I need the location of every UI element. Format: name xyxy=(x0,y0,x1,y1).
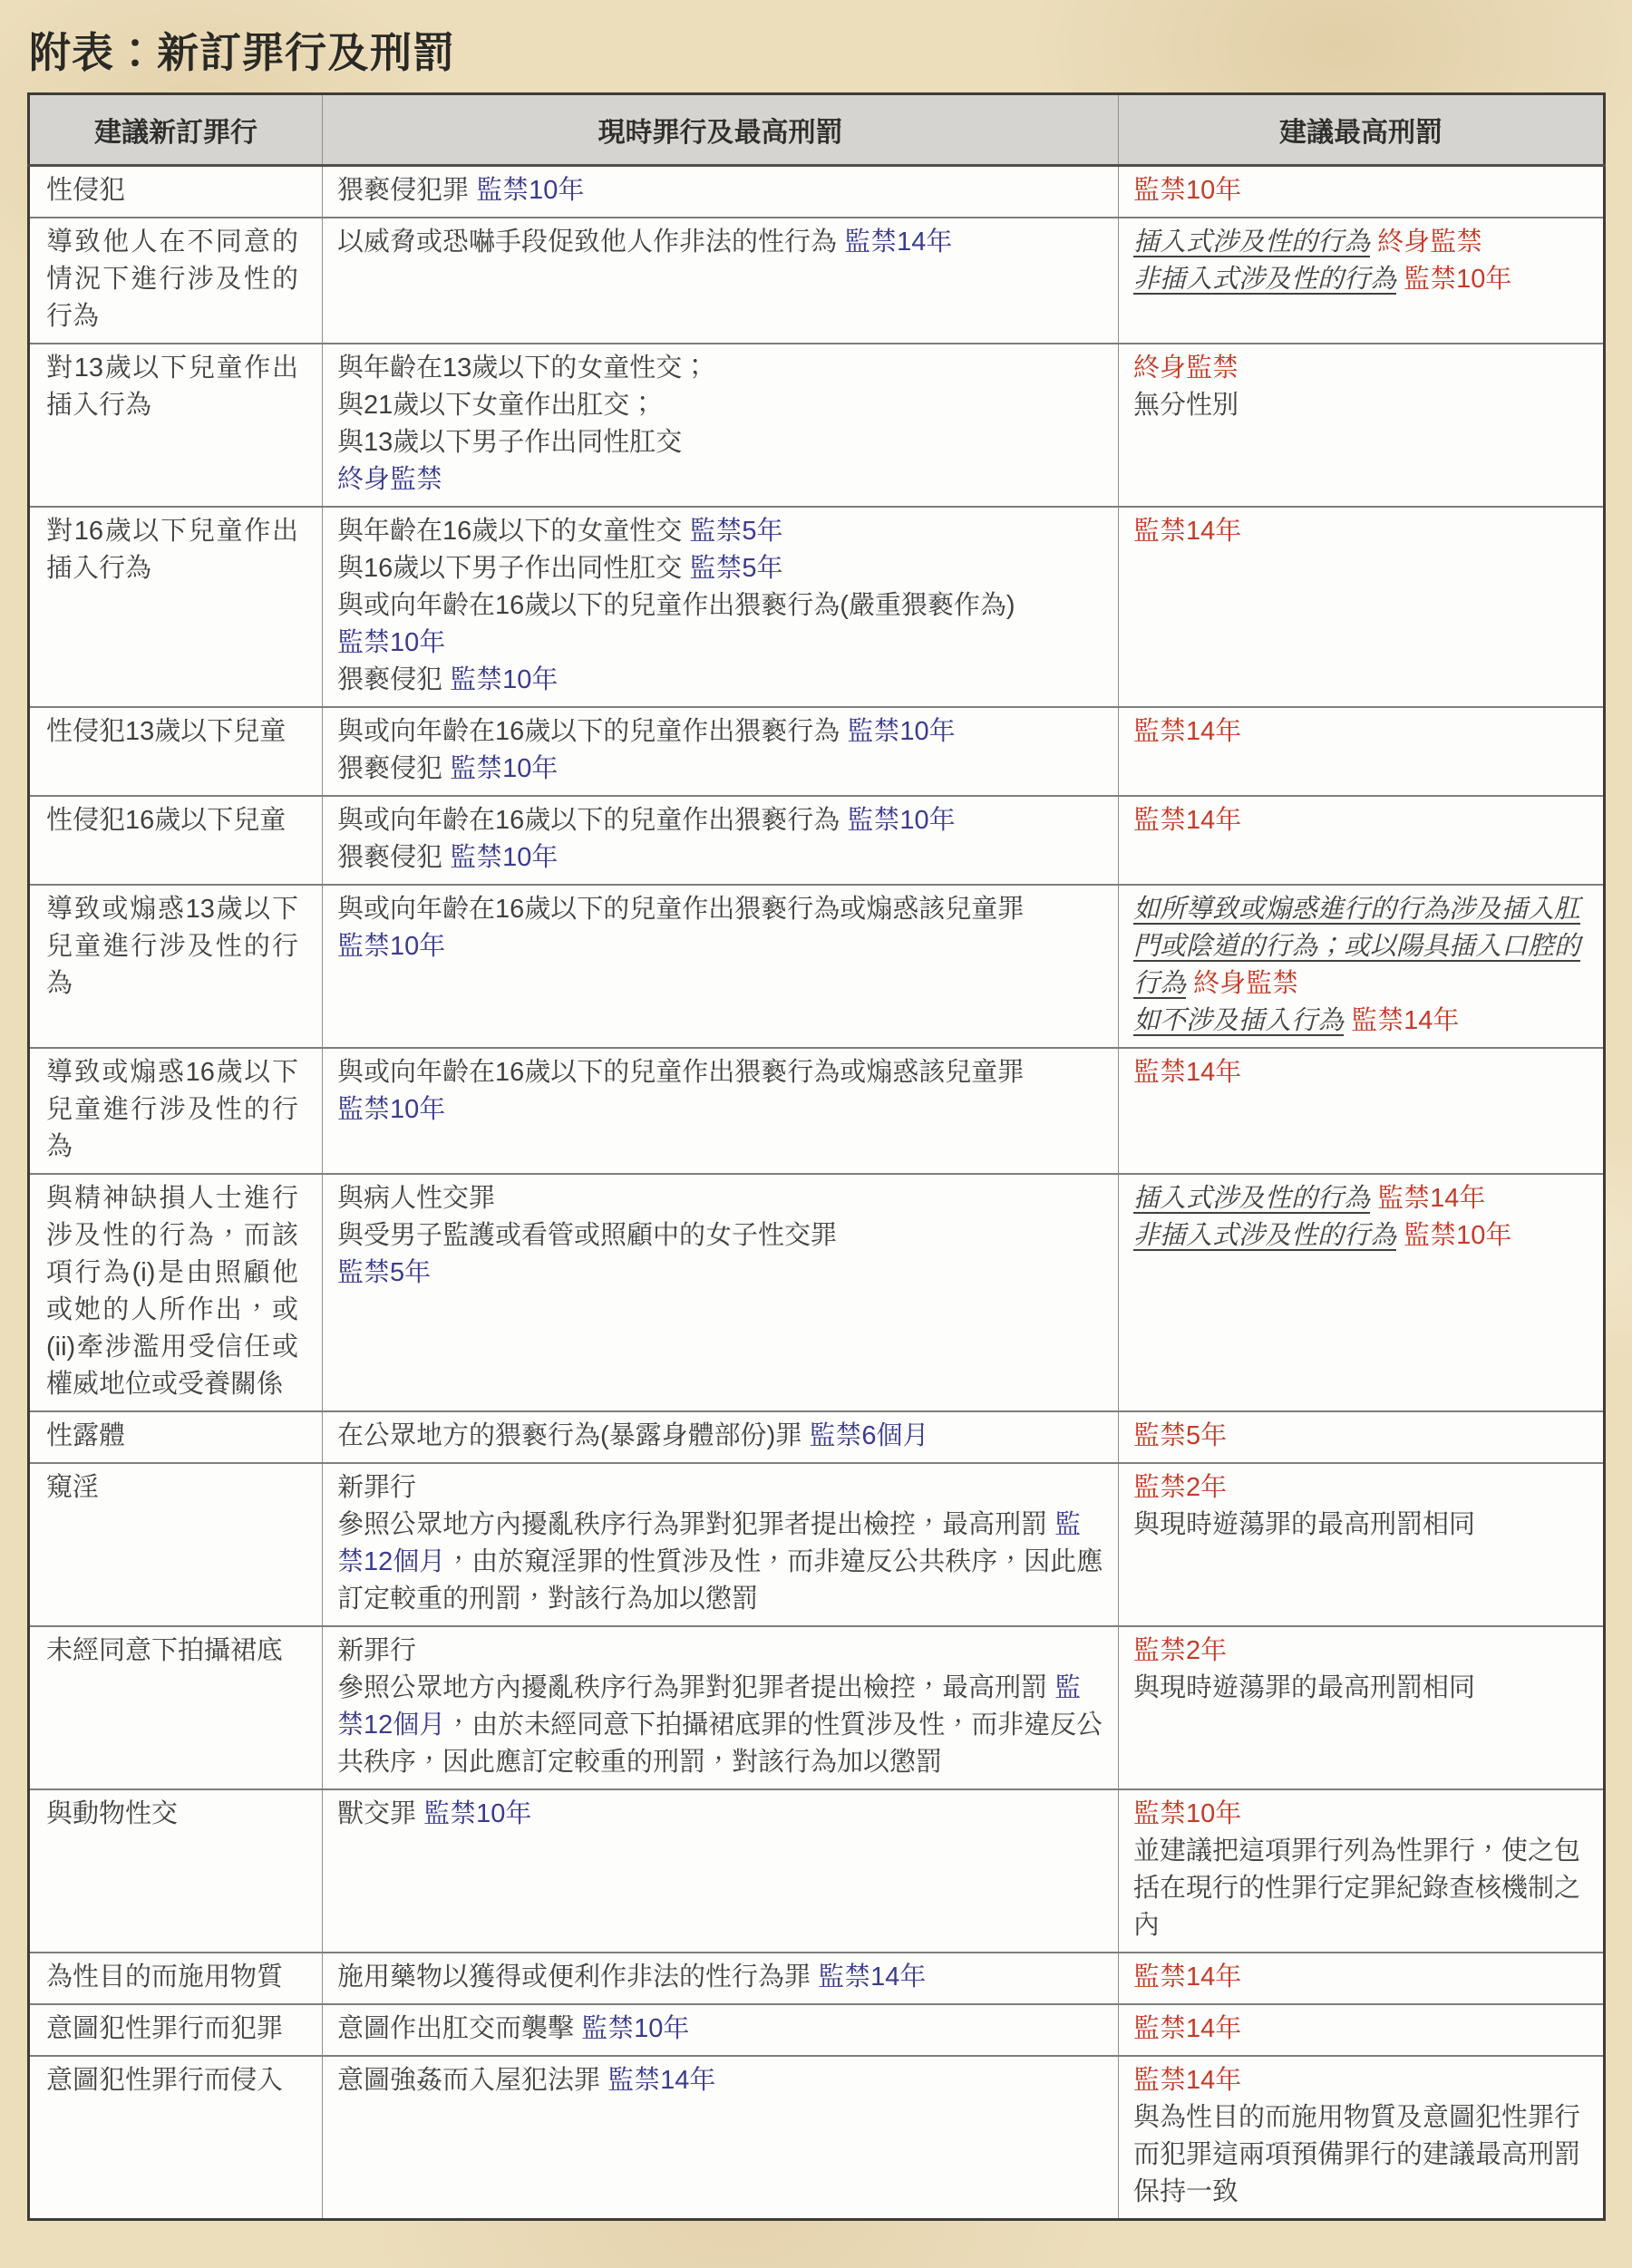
paragraph: 與16歲以下男子作出同性肛交 監禁5年 xyxy=(337,550,1103,587)
table-body: 性侵犯猥褻侵犯罪 監禁10年監禁10年導致他人在不同意的情況下進行涉及性的行為以… xyxy=(29,166,1605,2220)
header-row: 建議新訂罪行 現時罪行及最高刑罰 建議最高刑罰 xyxy=(29,94,1605,166)
proposed-max-penalty-cell: 監禁14年 xyxy=(1119,1953,1605,2004)
text-segment: 與13歲以下男子作出同性肛交 xyxy=(337,428,682,457)
current-penalty-text: 監禁5年 xyxy=(689,554,782,583)
offence-name: 性露體 xyxy=(46,1418,298,1455)
page-title: 附表：新訂罪行及刑罰 xyxy=(29,29,1605,76)
text-segment: 與年齡在13歲以下的女童性交； xyxy=(337,354,708,383)
table-header: 建議新訂罪行 現時罪行及最高刑罰 建議最高刑罰 xyxy=(29,94,1605,166)
text-segment: 與16歲以下男子作出同性肛交 xyxy=(337,554,689,583)
proposed-max-penalty-cell: 監禁5年 xyxy=(1119,1411,1605,1463)
paragraph: 終身監禁 xyxy=(1133,350,1588,387)
paragraph: 在公眾地方的猥褻行為(暴露身體部份)罪 監禁6個月 xyxy=(337,1418,1103,1455)
text-segment: 與21歲以下女童作出肛交； xyxy=(337,391,656,420)
current-penalty-text: 監禁5年 xyxy=(689,517,782,546)
condition-text: 插入式涉及性的行為 xyxy=(1133,1184,1370,1213)
table-row: 意圖犯性罪行而犯罪意圖作出肛交而襲擊 監禁10年監禁14年 xyxy=(29,2004,1605,2056)
text-segment xyxy=(1370,228,1377,257)
table-row: 為性目的而施用物質施用藥物以獲得或便利作非法的性行為罪 監禁14年監禁14年 xyxy=(29,1953,1605,2004)
offence-cell: 對16歲以下兒童作出插入行為 xyxy=(29,507,323,707)
offence-name: 與精神缺損人士進行涉及性的行為，而該項行為(i)是由照顧他或她的人所作出，或(i… xyxy=(46,1180,298,1403)
text-segment: 無分性別 xyxy=(1133,391,1239,420)
proposed-penalty-text: 監禁14年 xyxy=(1133,517,1241,546)
text-segment: 在公眾地方的猥褻行為(暴露身體部份)罪 xyxy=(337,1421,809,1450)
text-segment: 意圖作出肛交而襲擊 xyxy=(337,2014,581,2043)
text-segment: 以威脅或恐嚇手段促致他人作非法的性行為 xyxy=(337,228,844,257)
proposed-max-penalty-cell: 終身監禁無分性別 xyxy=(1119,344,1605,507)
current-offence-penalty-cell: 獸交罪 監禁10年 xyxy=(323,1789,1119,1953)
proposed-max-penalty-cell: 監禁14年 xyxy=(1119,707,1605,796)
current-penalty-text: 監禁10年 xyxy=(847,806,955,835)
offence-cell: 性侵犯16歲以下兒童 xyxy=(29,796,323,885)
paragraph: 監禁14年 xyxy=(1133,802,1588,839)
current-penalty-text: 終身監禁 xyxy=(337,465,442,494)
paragraph: 監禁14年 xyxy=(1133,2011,1588,2048)
proposed-max-penalty-cell: 監禁2年與現時遊蕩罪的最高刑罰相同 xyxy=(1119,1626,1605,1789)
paragraph: 非插入式涉及性的行為 監禁10年 xyxy=(1133,1217,1588,1255)
proposed-max-penalty-cell: 插入式涉及性的行為 終身監禁非插入式涉及性的行為 監禁10年 xyxy=(1119,218,1605,344)
paragraph: 監禁5年 xyxy=(337,1255,1103,1292)
paragraph: 與或向年齡在16歲以下的兒童作出猥褻行為(嚴重猥褻作為) xyxy=(337,587,1103,625)
current-offence-penalty-cell: 與或向年齡在16歲以下的兒童作出猥褻行為或煽惑該兒童罪監禁10年 xyxy=(323,1048,1119,1174)
paragraph: 與13歲以下男子作出同性肛交 xyxy=(337,424,1103,461)
proposed-max-penalty-cell: 監禁2年與現時遊蕩罪的最高刑罰相同 xyxy=(1119,1463,1605,1626)
header-proposed-offence: 建議新訂罪行 xyxy=(29,94,323,166)
paragraph: 獸交罪 監禁10年 xyxy=(337,1796,1103,1833)
text-segment: 參照公眾地方內擾亂秩序行為罪對犯罪者提出檢控，最高刑罰 xyxy=(337,1673,1054,1702)
offence-name: 性侵犯 xyxy=(46,172,298,209)
paragraph: 插入式涉及性的行為 終身監禁 xyxy=(1133,224,1588,261)
table-row: 對13歲以下兒童作出插入行為與年齡在13歲以下的女童性交；與21歲以下女童作出肛… xyxy=(29,344,1605,507)
text-segment: 猥褻侵犯 xyxy=(337,665,450,694)
proposed-max-penalty-cell: 監禁10年 xyxy=(1119,166,1605,218)
paragraph: 參照公眾地方內擾亂秩序行為罪對犯罪者提出檢控，最高刑罰 監禁12個月，由於未經同… xyxy=(337,1670,1103,1781)
paragraph: 終身監禁 xyxy=(337,461,1103,499)
paragraph: 監禁5年 xyxy=(1133,1418,1588,1455)
offence-name: 導致或煽惑13歲以下兒童進行涉及性的行為 xyxy=(46,891,298,1003)
paragraph: 意圖作出肛交而襲擊 監禁10年 xyxy=(337,2011,1103,2048)
paragraph: 猥褻侵犯 監禁10年 xyxy=(337,839,1103,877)
paragraph: 與現時遊蕩罪的最高刑罰相同 xyxy=(1133,1507,1588,1544)
text-segment: 與或向年齡在16歲以下的兒童作出猥褻行為 xyxy=(337,806,847,835)
paragraph: 監禁10年 xyxy=(337,928,1103,965)
offence-name: 與動物性交 xyxy=(46,1796,298,1833)
paragraph: 參照公眾地方內擾亂秩序行為罪對犯罪者提出檢控，最高刑罰 監禁12個月，由於窺淫罪… xyxy=(337,1507,1103,1618)
table-row: 性侵犯13歲以下兒童與或向年齡在16歲以下的兒童作出猥褻行為 監禁10年猥褻侵犯… xyxy=(29,707,1605,796)
paragraph: 無分性別 xyxy=(1133,387,1588,424)
current-penalty-text: 監禁10年 xyxy=(337,932,445,961)
paragraph: 如所導致或煽惑進行的行為涉及插入肛門或陰道的行為；或以陽具插入口腔的行為 終身監… xyxy=(1133,891,1588,1003)
offence-cell: 導致或煽惑13歲以下兒童進行涉及性的行為 xyxy=(29,885,323,1048)
table-row: 與精神缺損人士進行涉及性的行為，而該項行為(i)是由照顧他或她的人所作出，或(i… xyxy=(29,1174,1605,1411)
offence-name: 意圖犯性罪行而侵入 xyxy=(46,2062,298,2099)
offence-name: 窺淫 xyxy=(46,1469,298,1507)
current-offence-penalty-cell: 意圖作出肛交而襲擊 監禁10年 xyxy=(323,2004,1119,2056)
paragraph: 監禁10年 xyxy=(337,625,1103,662)
current-offence-penalty-cell: 新罪行參照公眾地方內擾亂秩序行為罪對犯罪者提出檢控，最高刑罰 監禁12個月，由於… xyxy=(323,1626,1119,1789)
current-penalty-text: 監禁10年 xyxy=(337,1095,445,1124)
current-penalty-text: 監禁10年 xyxy=(337,628,445,657)
table-row: 導致或煽惑16歲以下兒童進行涉及性的行為與或向年齡在16歲以下的兒童作出猥褻行為… xyxy=(29,1048,1605,1174)
text-segment: 並建議把這項罪行列為性罪行，使之包括在現行的性罪行定罪紀錄查核機制之內 xyxy=(1133,1837,1580,1940)
current-penalty-text: 監禁6個月 xyxy=(809,1421,928,1450)
proposed-max-penalty-cell: 監禁14年 xyxy=(1119,1048,1605,1174)
text-segment xyxy=(1186,969,1193,998)
paragraph: 監禁14年 xyxy=(1133,1959,1588,1996)
paragraph: 監禁2年 xyxy=(1133,1633,1588,1670)
paragraph: 並建議把這項罪行列為性罪行，使之包括在現行的性罪行定罪紀錄查核機制之內 xyxy=(1133,1833,1588,1944)
text-segment: 與年齡在16歲以下的女童性交 xyxy=(337,517,689,546)
current-penalty-text: 監禁10年 xyxy=(581,2014,689,2043)
proposed-max-penalty-cell: 監禁14年與為性目的而施用物質及意圖犯性罪行而犯罪這兩項預備罪行的建議最高刑罰保… xyxy=(1119,2056,1605,2220)
paragraph: 以威脅或恐嚇手段促致他人作非法的性行為 監禁14年 xyxy=(337,224,1103,261)
current-penalty-text: 監禁10年 xyxy=(450,665,558,694)
table-row: 導致或煽惑13歲以下兒童進行涉及性的行為與或向年齡在16歲以下的兒童作出猥褻行為… xyxy=(29,885,1605,1048)
current-offence-penalty-cell: 以威脅或恐嚇手段促致他人作非法的性行為 監禁14年 xyxy=(323,218,1119,344)
proposed-penalty-text: 監禁2年 xyxy=(1133,1636,1227,1665)
offence-name: 對16歲以下兒童作出插入行為 xyxy=(46,513,298,587)
paragraph: 監禁14年 xyxy=(1133,1054,1588,1091)
proposed-max-penalty-cell: 如所導致或煽惑進行的行為涉及插入肛門或陰道的行為；或以陽具插入口腔的行為 終身監… xyxy=(1119,885,1605,1048)
proposed-penalty-text: 監禁5年 xyxy=(1133,1421,1227,1450)
offence-cell: 意圖犯性罪行而侵入 xyxy=(29,2056,323,2220)
proposed-max-penalty-cell: 監禁14年 xyxy=(1119,507,1605,707)
current-penalty-text: 監禁14年 xyxy=(818,1963,926,1992)
text-segment xyxy=(1396,1221,1404,1250)
text-segment: ，由於窺淫罪的性質涉及性，而非違反公共秩序，因此應訂定較重的刑罰，對該行為加以懲… xyxy=(337,1547,1103,1614)
current-penalty-text: 監禁10年 xyxy=(450,754,558,783)
offence-name: 導致或煽惑16歲以下兒童進行涉及性的行為 xyxy=(46,1054,298,1166)
table-row: 意圖犯性罪行而侵入意圖強姦而入屋犯法罪 監禁14年監禁14年與為性目的而施用物質… xyxy=(29,2056,1605,2220)
text-segment: 獸交罪 xyxy=(337,1799,423,1828)
text-segment: 與病人性交罪 xyxy=(337,1184,495,1213)
proposed-max-penalty-cell: 插入式涉及性的行為 監禁14年非插入式涉及性的行為 監禁10年 xyxy=(1119,1174,1605,1411)
table-row: 導致他人在不同意的情況下進行涉及性的行為以威脅或恐嚇手段促致他人作非法的性行為 … xyxy=(29,218,1605,344)
proposed-penalty-text: 終身監禁 xyxy=(1133,354,1239,383)
offence-name: 意圖犯性罪行而犯罪 xyxy=(46,2011,298,2048)
text-segment: ，由於未經同意下拍攝裙底罪的性質涉及性，而非違反公共秩序，因此應訂定較重的刑罰，… xyxy=(337,1711,1103,1777)
proposed-penalty-text: 監禁14年 xyxy=(1133,2014,1241,2043)
text-segment: 新罪行 xyxy=(337,1636,416,1665)
paragraph: 與病人性交罪 xyxy=(337,1180,1103,1217)
current-offence-penalty-cell: 施用藥物以獲得或便利作非法的性行為罪 監禁14年 xyxy=(323,1953,1119,2004)
proposed-penalty-text: 終身監禁 xyxy=(1377,228,1482,257)
paragraph: 插入式涉及性的行為 監禁14年 xyxy=(1133,1180,1588,1217)
text-segment: 與或向年齡在16歲以下的兒童作出猥褻行為 xyxy=(337,717,847,746)
paragraph: 如不涉及插入行為 監禁14年 xyxy=(1133,1003,1588,1040)
proposed-penalty-text: 監禁10年 xyxy=(1404,265,1511,294)
current-penalty-text: 監禁10年 xyxy=(847,717,955,746)
table-row: 性侵犯猥褻侵犯罪 監禁10年監禁10年 xyxy=(29,166,1605,218)
offence-cell: 與動物性交 xyxy=(29,1789,323,1953)
text-segment: 施用藥物以獲得或便利作非法的性行為罪 xyxy=(337,1963,818,1992)
current-offence-penalty-cell: 新罪行參照公眾地方內擾亂秩序行為罪對犯罪者提出檢控，最高刑罰 監禁12個月，由於… xyxy=(323,1463,1119,1626)
proposed-penalty-text: 監禁14年 xyxy=(1377,1184,1485,1213)
text-segment: 與現時遊蕩罪的最高刑罰相同 xyxy=(1133,1510,1475,1539)
current-penalty-text: 監禁10年 xyxy=(423,1799,531,1828)
proposed-penalty-text: 監禁14年 xyxy=(1133,806,1241,835)
offence-cell: 性侵犯13歲以下兒童 xyxy=(29,707,323,796)
table-row: 未經同意下拍攝裙底新罪行參照公眾地方內擾亂秩序行為罪對犯罪者提出檢控，最高刑罰 … xyxy=(29,1626,1605,1789)
current-offence-penalty-cell: 與或向年齡在16歲以下的兒童作出猥褻行為 監禁10年猥褻侵犯 監禁10年 xyxy=(323,796,1119,885)
current-penalty-text: 監禁14年 xyxy=(844,228,952,257)
current-penalty-text: 監禁14年 xyxy=(607,2066,715,2095)
text-segment: 參照公眾地方內擾亂秩序行為罪對犯罪者提出檢控，最高刑罰 xyxy=(337,1510,1054,1539)
current-offence-penalty-cell: 與或向年齡在16歲以下的兒童作出猥褻行為或煽惑該兒童罪監禁10年 xyxy=(323,885,1119,1048)
proposed-penalty-text: 監禁14年 xyxy=(1133,1963,1241,1992)
proposed-penalty-text: 監禁14年 xyxy=(1351,1006,1459,1035)
table-row: 與動物性交獸交罪 監禁10年監禁10年並建議把這項罪行列為性罪行，使之包括在現行… xyxy=(29,1789,1605,1953)
current-offence-penalty-cell: 與或向年齡在16歲以下的兒童作出猥褻行為 監禁10年猥褻侵犯 監禁10年 xyxy=(323,707,1119,796)
offence-cell: 窺淫 xyxy=(29,1463,323,1626)
proposed-penalty-text: 監禁10年 xyxy=(1404,1221,1511,1250)
current-penalty-text: 監禁5年 xyxy=(337,1258,431,1287)
offence-cell: 意圖犯性罪行而犯罪 xyxy=(29,2004,323,2056)
current-penalty-text: 監禁10年 xyxy=(476,176,584,205)
offence-name: 性侵犯13歲以下兒童 xyxy=(46,713,298,751)
proposed-penalty-text: 終身監禁 xyxy=(1193,969,1298,998)
paragraph: 監禁14年 xyxy=(1133,713,1588,751)
text-segment xyxy=(1396,265,1404,294)
condition-text: 插入式涉及性的行為 xyxy=(1133,228,1370,257)
proposed-penalty-text: 監禁14年 xyxy=(1133,2066,1241,2095)
text-segment: 新罪行 xyxy=(337,1473,416,1502)
paragraph: 非插入式涉及性的行為 監禁10年 xyxy=(1133,261,1588,298)
current-offence-penalty-cell: 意圖強姦而入屋犯法罪 監禁14年 xyxy=(323,2056,1119,2220)
paragraph: 監禁14年 xyxy=(1133,513,1588,550)
text-segment: 與受男子監護或看管或照顧中的女子性交罪 xyxy=(337,1221,837,1250)
proposed-max-penalty-cell: 監禁10年並建議把這項罪行列為性罪行，使之包括在現行的性罪行定罪紀錄查核機制之內 xyxy=(1119,1789,1605,1953)
condition-text: 非插入式涉及性的行為 xyxy=(1133,1221,1396,1250)
text-segment: 與或向年齡在16歲以下的兒童作出猥褻行為或煽惑該兒童罪 xyxy=(337,1058,1024,1087)
proposed-penalty-text: 監禁10年 xyxy=(1133,1799,1241,1828)
proposed-max-penalty-cell: 監禁14年 xyxy=(1119,2004,1605,2056)
text-segment: 猥褻侵犯罪 xyxy=(337,176,476,205)
paragraph: 新罪行 xyxy=(337,1633,1103,1670)
offence-cell: 導致或煽惑16歲以下兒童進行涉及性的行為 xyxy=(29,1048,323,1174)
condition-text: 非插入式涉及性的行為 xyxy=(1133,265,1396,294)
offence-name: 為性目的而施用物質 xyxy=(46,1959,298,1996)
paragraph: 與現時遊蕩罪的最高刑罰相同 xyxy=(1133,1670,1588,1707)
text-segment: 與現時遊蕩罪的最高刑罰相同 xyxy=(1133,1673,1475,1702)
proposed-max-penalty-cell: 監禁14年 xyxy=(1119,796,1605,885)
paragraph: 與受男子監護或看管或照顧中的女子性交罪 xyxy=(337,1217,1103,1255)
text-segment: 意圖強姦而入屋犯法罪 xyxy=(337,2066,607,2095)
offence-cell: 導致他人在不同意的情況下進行涉及性的行為 xyxy=(29,218,323,344)
current-offence-penalty-cell: 與病人性交罪與受男子監護或看管或照顧中的女子性交罪監禁5年 xyxy=(323,1174,1119,1411)
paragraph: 猥褻侵犯 監禁10年 xyxy=(337,662,1103,699)
offence-cell: 對13歲以下兒童作出插入行為 xyxy=(29,344,323,507)
text-segment: 與或向年齡在16歲以下的兒童作出猥褻行為或煽惑該兒童罪 xyxy=(337,895,1024,924)
current-offence-penalty-cell: 與年齡在13歲以下的女童性交；與21歲以下女童作出肛交；與13歲以下男子作出同性… xyxy=(323,344,1119,507)
condition-text: 如不涉及插入行為 xyxy=(1133,1006,1344,1035)
paragraph: 與或向年齡在16歲以下的兒童作出猥褻行為或煽惑該兒童罪 xyxy=(337,1054,1103,1091)
document-page: 附表：新訂罪行及刑罰 建議新訂罪行 現時罪行及最高刑罰 建議最高刑罰 性侵犯猥褻… xyxy=(0,0,1632,2221)
text-segment xyxy=(1370,1184,1377,1213)
paragraph: 與21歲以下女童作出肛交； xyxy=(337,387,1103,424)
paragraph: 監禁14年 xyxy=(1133,2062,1588,2099)
current-offence-penalty-cell: 與年齡在16歲以下的女童性交 監禁5年與16歲以下男子作出同性肛交 監禁5年與或… xyxy=(323,507,1119,707)
header-proposed-max-penalty: 建議最高刑罰 xyxy=(1119,94,1605,166)
offence-cell: 為性目的而施用物質 xyxy=(29,1953,323,2004)
offence-name: 導致他人在不同意的情況下進行涉及性的行為 xyxy=(46,224,298,335)
offence-cell: 性侵犯 xyxy=(29,166,323,218)
offence-name: 對13歲以下兒童作出插入行為 xyxy=(46,350,298,424)
paragraph: 與或向年齡在16歲以下的兒童作出猥褻行為 監禁10年 xyxy=(337,713,1103,751)
current-offence-penalty-cell: 猥褻侵犯罪 監禁10年 xyxy=(323,166,1119,218)
paragraph: 監禁10年 xyxy=(337,1091,1103,1129)
offence-name: 未經同意下拍攝裙底 xyxy=(46,1633,298,1670)
text-segment: 與為性目的而施用物質及意圖犯性罪行而犯罪這兩項預備罪行的建議最高刑罰保持一致 xyxy=(1133,2103,1580,2206)
table-row: 對16歲以下兒童作出插入行為與年齡在16歲以下的女童性交 監禁5年與16歲以下男… xyxy=(29,507,1605,707)
text-segment: 猥褻侵犯 xyxy=(337,754,450,783)
offence-cell: 性露體 xyxy=(29,1411,323,1463)
paragraph: 監禁10年 xyxy=(1133,1796,1588,1833)
offence-cell: 與精神缺損人士進行涉及性的行為，而該項行為(i)是由照顧他或她的人所作出，或(i… xyxy=(29,1174,323,1411)
paragraph: 與或向年齡在16歲以下的兒童作出猥褻行為或煽惑該兒童罪 xyxy=(337,891,1103,928)
offence-cell: 未經同意下拍攝裙底 xyxy=(29,1626,323,1789)
paragraph: 施用藥物以獲得或便利作非法的性行為罪 監禁14年 xyxy=(337,1959,1103,1996)
paragraph: 猥褻侵犯 監禁10年 xyxy=(337,751,1103,788)
text-segment: 猥褻侵犯 xyxy=(337,843,450,872)
paragraph: 意圖強姦而入屋犯法罪 監禁14年 xyxy=(337,2062,1103,2099)
paragraph: 與年齡在16歲以下的女童性交 監禁5年 xyxy=(337,513,1103,550)
paragraph: 新罪行 xyxy=(337,1469,1103,1507)
text-segment xyxy=(1344,1006,1351,1035)
offences-penalties-table: 建議新訂罪行 現時罪行及最高刑罰 建議最高刑罰 性侵犯猥褻侵犯罪 監禁10年監禁… xyxy=(27,92,1606,2221)
paragraph: 猥褻侵犯罪 監禁10年 xyxy=(337,172,1103,209)
offence-name: 性侵犯16歲以下兒童 xyxy=(46,802,298,839)
paragraph: 與年齡在13歲以下的女童性交； xyxy=(337,350,1103,387)
text-segment: 與或向年齡在16歲以下的兒童作出猥褻行為(嚴重猥褻作為) xyxy=(337,591,1015,620)
current-penalty-text: 監禁10年 xyxy=(450,843,558,872)
proposed-penalty-text: 監禁2年 xyxy=(1133,1473,1227,1502)
proposed-penalty-text: 監禁14年 xyxy=(1133,717,1241,746)
paragraph: 監禁10年 xyxy=(1133,172,1588,209)
paragraph: 監禁2年 xyxy=(1133,1469,1588,1507)
paragraph: 與為性目的而施用物質及意圖犯性罪行而犯罪這兩項預備罪行的建議最高刑罰保持一致 xyxy=(1133,2099,1588,2211)
paragraph: 與或向年齡在16歲以下的兒童作出猥褻行為 監禁10年 xyxy=(337,802,1103,839)
table-row: 性露體在公眾地方的猥褻行為(暴露身體部份)罪 監禁6個月監禁5年 xyxy=(29,1411,1605,1463)
current-offence-penalty-cell: 在公眾地方的猥褻行為(暴露身體部份)罪 監禁6個月 xyxy=(323,1411,1119,1463)
table-row: 窺淫新罪行參照公眾地方內擾亂秩序行為罪對犯罪者提出檢控，最高刑罰 監禁12個月，… xyxy=(29,1463,1605,1626)
proposed-penalty-text: 監禁10年 xyxy=(1133,176,1241,205)
header-current-offence-penalty: 現時罪行及最高刑罰 xyxy=(323,94,1119,166)
proposed-penalty-text: 監禁14年 xyxy=(1133,1058,1241,1087)
table-row: 性侵犯16歲以下兒童與或向年齡在16歲以下的兒童作出猥褻行為 監禁10年猥褻侵犯… xyxy=(29,796,1605,885)
